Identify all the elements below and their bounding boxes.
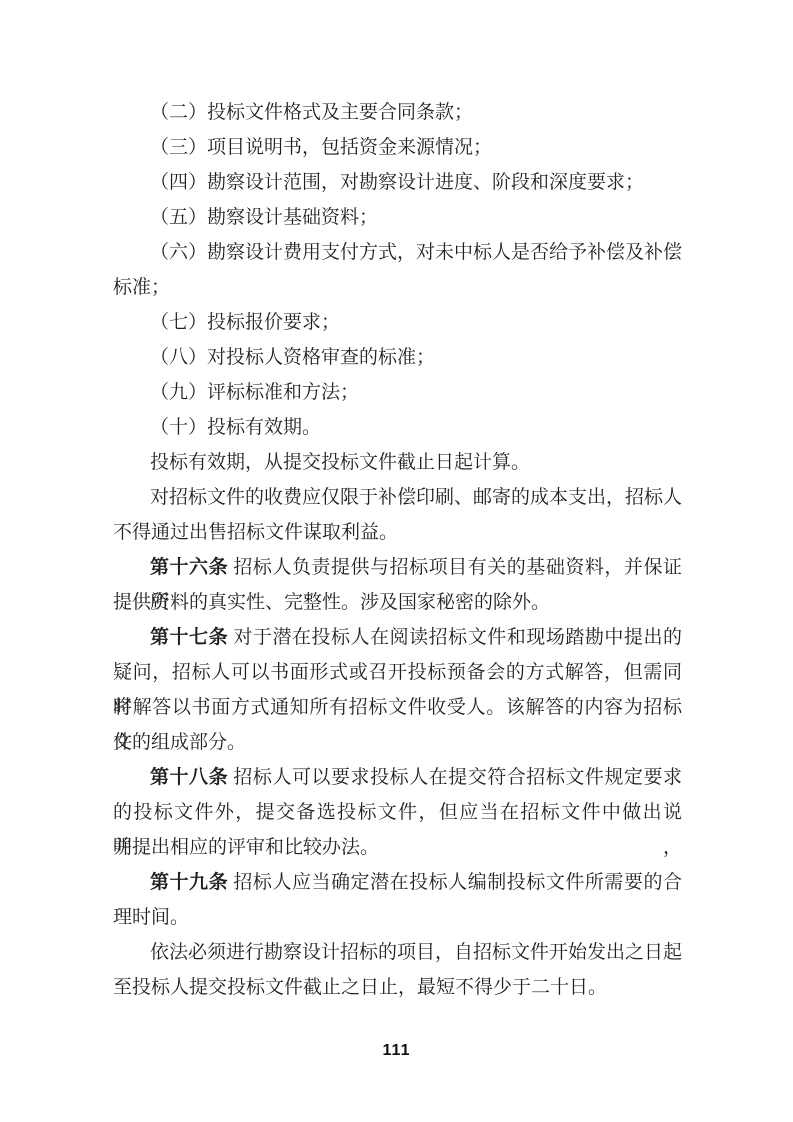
text-line: 提供资料的真实性、完整性。涉及国家秘密的除外。	[113, 585, 682, 620]
page-number: 111	[0, 1042, 793, 1060]
line-text: 对于潜在投标人在阅读招标文件和现场踏勘中提出的	[228, 627, 682, 648]
text-line: 第十八条 招标人可以要求投标人在提交符合招标文件规定要求	[113, 760, 682, 795]
line-text: 招标人应当确定潜在投标人编制投标文件所需要的合	[228, 872, 682, 893]
document-body: （二）投标文件格式及主要合同条款；（三）项目说明书，包括资金来源情况；（四）勘察…	[113, 95, 682, 1005]
text-line: 理时间。	[113, 900, 682, 935]
line-text: （十）投标有效期。	[150, 417, 321, 438]
text-line: （七）投标报价要求；	[113, 305, 682, 340]
text-line: 件的组成部分。	[113, 725, 682, 760]
text-line: （五）勘察设计基础资料；	[113, 200, 682, 235]
line-text: （八）对投标人资格审查的标准；	[150, 347, 435, 368]
line-text: 并提出相应的评审和比较办法。	[113, 837, 379, 858]
text-line: 不得通过出售招标文件谋取利益。	[113, 515, 682, 550]
text-line: （九）评标标准和方法；	[113, 375, 682, 410]
text-line: 依法必须进行勘察设计招标的项目，自招标文件开始发出之日起	[113, 935, 682, 970]
line-text: 招标人可以要求投标人在提交符合招标文件规定要求	[228, 767, 682, 788]
line-text: 标准；	[113, 277, 170, 298]
text-line: 投标有效期，从提交投标文件截止日起计算。	[113, 445, 682, 480]
text-line: 至投标人提交投标文件截止之日止，最短不得少于二十日。	[113, 970, 682, 1005]
text-line: （四）勘察设计范围，对勘察设计进度、阶段和深度要求；	[113, 165, 682, 200]
line-text: 不得通过出售招标文件谋取利益。	[113, 522, 398, 543]
line-text: 依法必须进行勘察设计招标的项目，自招标文件开始发出之日起	[150, 942, 682, 963]
text-line: （二）投标文件格式及主要合同条款；	[113, 95, 682, 130]
line-text: 件的组成部分。	[113, 732, 246, 753]
line-text: （五）勘察设计基础资料；	[150, 207, 378, 228]
text-line: 标准；	[113, 270, 682, 305]
line-text: （四）勘察设计范围，对勘察设计进度、阶段和深度要求；	[150, 172, 644, 193]
article-number: 第十八条	[150, 767, 228, 788]
article-number: 第十九条	[150, 872, 228, 893]
text-line: 第十六条 招标人负责提供与招标项目有关的基础资料，并保证所	[113, 550, 682, 585]
line-text: （二）投标文件格式及主要合同条款；	[150, 102, 473, 123]
line-text: 对招标文件的收费应仅限于补偿印刷、邮寄的成本支出，招标人	[150, 487, 682, 508]
text-line: （十）投标有效期。	[113, 410, 682, 445]
text-line: 的投标文件外，提交备选投标文件，但应当在招标文件中做出说明，	[113, 795, 682, 830]
text-line: 对招标文件的收费应仅限于补偿印刷、邮寄的成本支出，招标人	[113, 480, 682, 515]
text-line: （三）项目说明书，包括资金来源情况；	[113, 130, 682, 165]
text-line: 疑问，招标人可以书面形式或召开投标预备会的方式解答，但需同时	[113, 655, 682, 690]
article-number: 第十六条	[150, 557, 228, 578]
document-page: （二）投标文件格式及主要合同条款；（三）项目说明书，包括资金来源情况；（四）勘察…	[0, 0, 793, 1122]
line-text: （九）评标标准和方法；	[150, 382, 359, 403]
text-line: （八）对投标人资格审查的标准；	[113, 340, 682, 375]
line-text: 投标有效期，从提交投标文件截止日起计算。	[150, 452, 530, 473]
line-text: （六）勘察设计费用支付方式，对未中标人是否给予补偿及补偿	[150, 242, 682, 263]
text-line: 第十七条 对于潜在投标人在阅读招标文件和现场踏勘中提出的	[113, 620, 682, 655]
text-line: 第十九条 招标人应当确定潜在投标人编制投标文件所需要的合	[113, 865, 682, 900]
article-number: 第十七条	[150, 627, 228, 648]
line-text: （七）投标报价要求；	[150, 312, 340, 333]
line-text: 提供资料的真实性、完整性。涉及国家秘密的除外。	[113, 592, 550, 613]
line-text: （三）项目说明书，包括资金来源情况；	[150, 137, 492, 158]
text-line: （六）勘察设计费用支付方式，对未中标人是否给予补偿及补偿	[113, 235, 682, 270]
text-line: 将解答以书面方式通知所有招标文件收受人。该解答的内容为招标文	[113, 690, 682, 725]
line-text: 理时间。	[113, 907, 189, 928]
line-text: 至投标人提交投标文件截止之日止，最短不得少于二十日。	[113, 977, 607, 998]
